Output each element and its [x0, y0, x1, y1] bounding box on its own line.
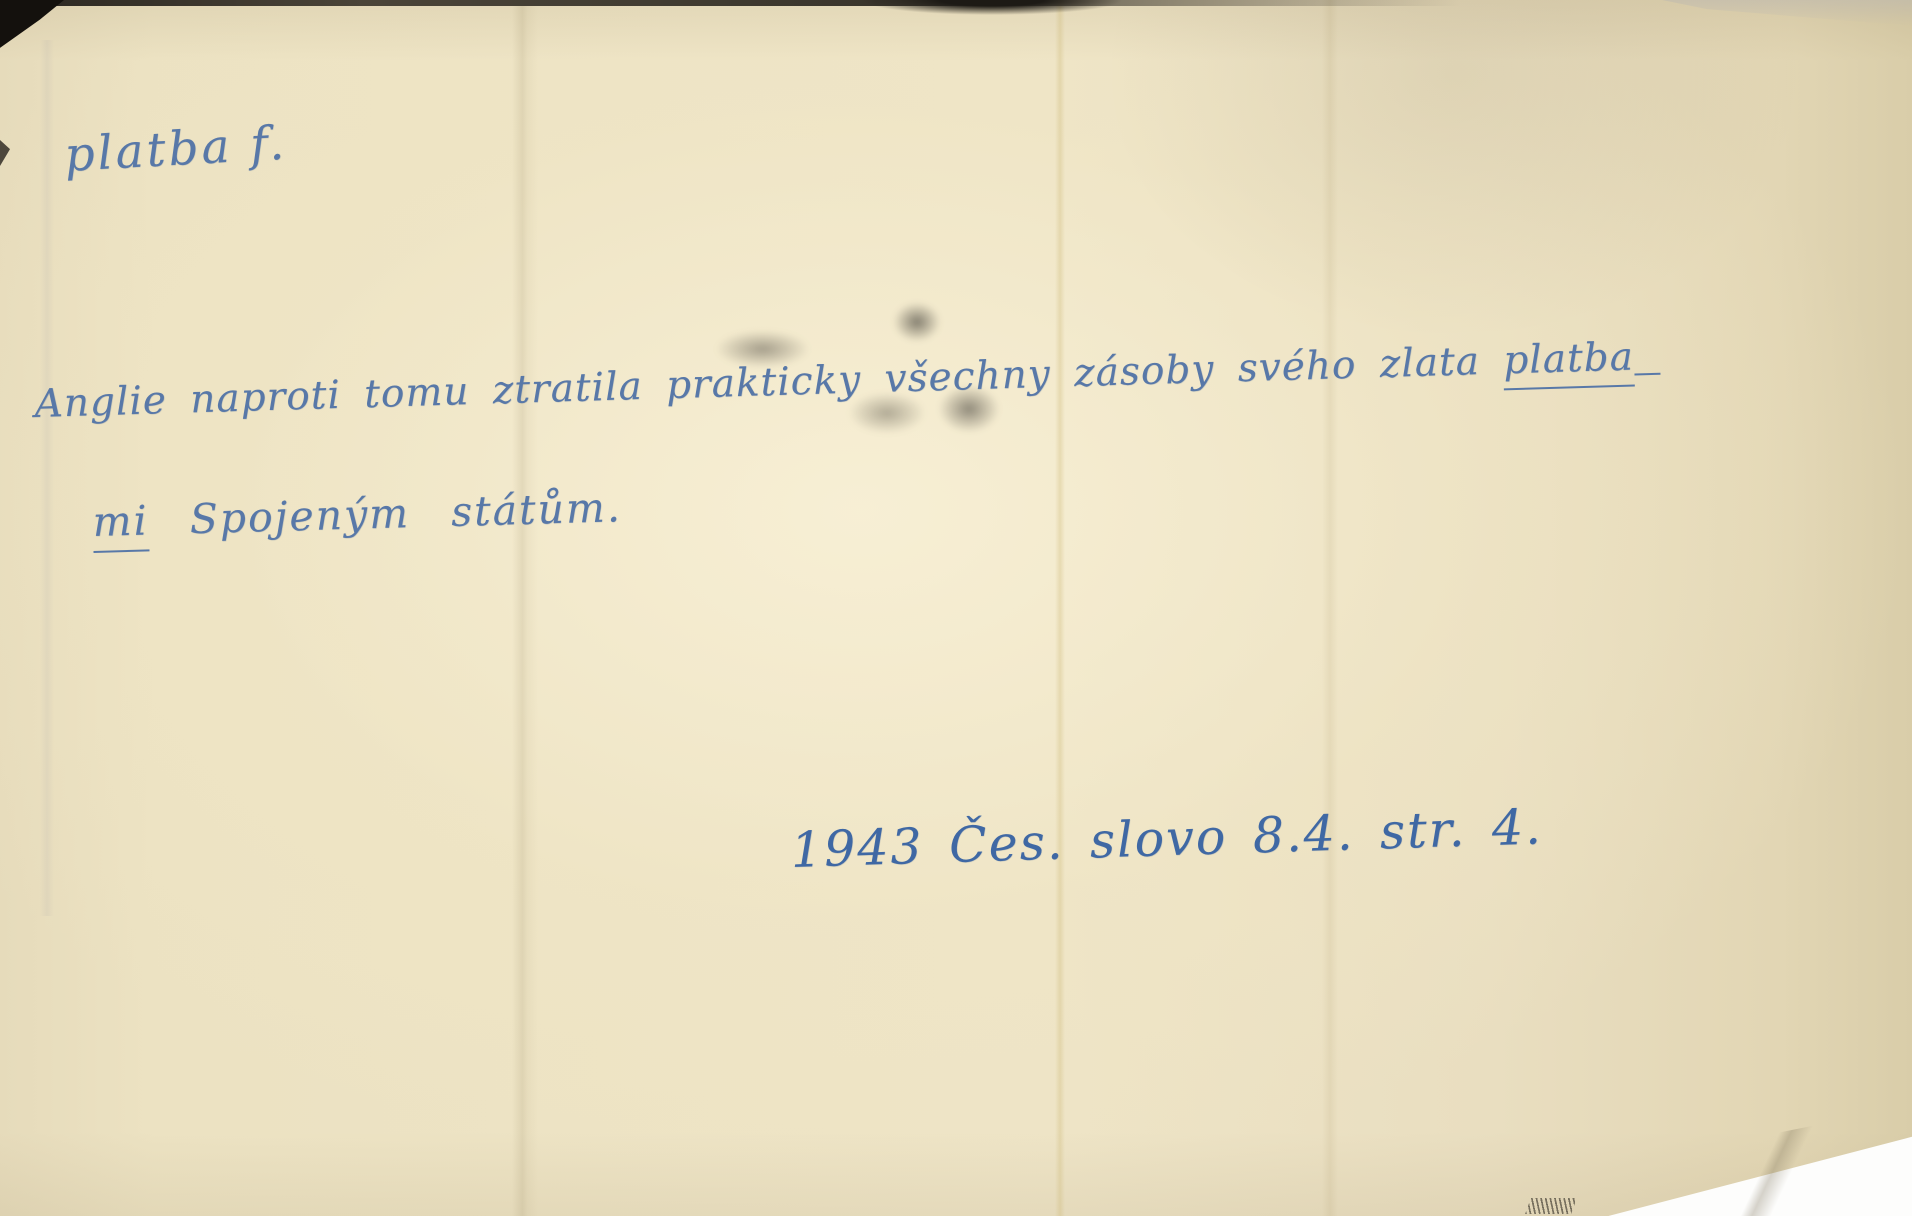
hatch-mark — [1525, 1198, 1577, 1214]
paper-crease-line — [40, 40, 54, 916]
scanned-note-page: platba f. Anglie naproti tomu ztratila p… — [0, 0, 1912, 1216]
paper-crease-line — [512, 0, 538, 1216]
line1-underlined-word: platba — [1503, 335, 1635, 391]
line2-underlined-word: mi — [92, 496, 150, 553]
aged-paper-background — [0, 0, 1912, 1216]
torn-top-edge — [0, 0, 1460, 6]
ink-smudge — [893, 302, 941, 342]
paper-crease-line — [1322, 0, 1338, 1216]
top-edge-notch — [862, 0, 1122, 15]
hyphenation-continuation-stroke — [1634, 368, 1660, 376]
paper-crease-line — [1055, 0, 1065, 1216]
